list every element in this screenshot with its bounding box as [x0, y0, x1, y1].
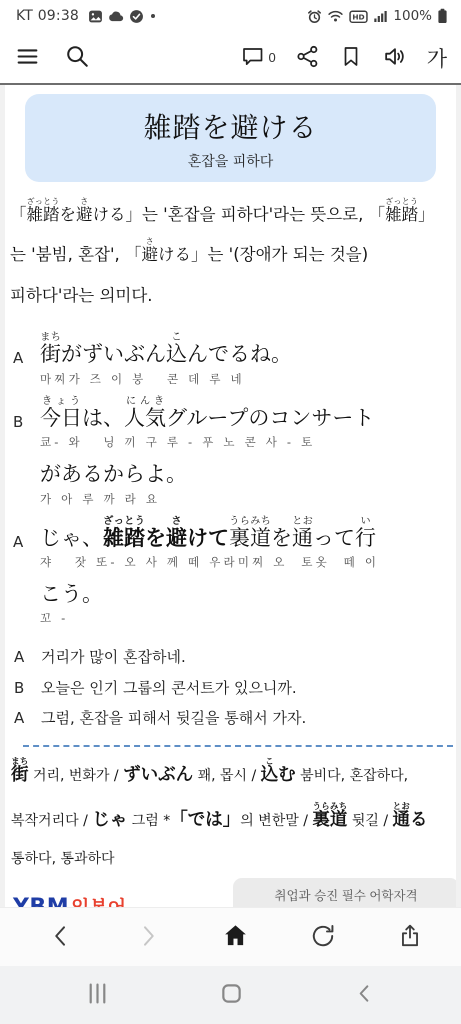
ruby-annotated-text: 街まち [11, 765, 29, 785]
svg-text:HD: HD [353, 12, 365, 21]
cloud-icon [108, 9, 124, 24]
ruby-annotated-text: 雑踏ざっとう [385, 205, 418, 224]
share-page-icon [397, 923, 423, 952]
ruby-annotated-text: 今日きょう [40, 406, 82, 430]
logo-primary-text: YBM [13, 895, 69, 907]
text-segment: 거리, 번화가 / [29, 768, 124, 784]
status-right: HD 100% [307, 8, 448, 24]
japanese-line: があるからよ。 [40, 459, 187, 489]
alarm-icon [307, 9, 322, 24]
recent-apps-icon [86, 982, 109, 1008]
translation-row: A 거리가 많이 혼잡하네. [14, 646, 461, 669]
translation-list: A 거리가 많이 혼잡하네. B 오늘은 인기 그룹의 콘서트가 있으니까. A… [14, 646, 461, 730]
ruby-annotated-text: 避さ [76, 205, 93, 224]
speaker-label [13, 579, 40, 626]
menu-icon [15, 44, 40, 72]
phone-screen: KT 09:38 HD [0, 0, 461, 1024]
japanese-line: 今日きょうは、人気にんきグループのコンサート [40, 396, 374, 433]
text-segment: 그럼 * [127, 813, 170, 829]
refresh-button[interactable] [306, 919, 340, 956]
notification-dot-icon [149, 12, 157, 20]
ruby-annotated-text: 通とお [292, 526, 313, 550]
browser-toolbar: 0 가 [0, 32, 461, 85]
pronunciation-line: 마찌가 즈 이 붕 콘 데 루 네 [40, 371, 292, 387]
ad-banner[interactable]: 취업과 승진 필수 어학자격 [233, 878, 459, 907]
speaker-icon [382, 44, 408, 72]
home-button[interactable] [218, 918, 253, 956]
lesson-title-japanese: 雑踏を避ける [33, 106, 428, 146]
text-segment: って [313, 526, 355, 550]
back-button[interactable] [44, 919, 78, 956]
screenshot-icon [88, 9, 103, 24]
refresh-icon [310, 923, 336, 952]
text-segment: ずいぶん [123, 765, 193, 785]
japanese-line: こう。 [40, 579, 103, 609]
speaker-label: A [13, 516, 40, 570]
signal-strength-icon [373, 9, 388, 23]
translation-text: 그럼, 혼잡을 피해서 뒷길을 통해서 가자. [41, 707, 306, 730]
dashed-divider [23, 745, 453, 747]
ybm-logo[interactable]: YBM일본어 [13, 893, 126, 907]
comments-button[interactable]: 0 [240, 44, 275, 71]
back-gesture-icon [354, 983, 375, 1007]
forward-button[interactable] [131, 919, 165, 956]
speaker-label: B [13, 396, 40, 450]
ruby-annotated-text: 込こ [261, 765, 279, 785]
pronunciation-line: 쿄- 와 닝 끼 구 루 - 푸 노 콘 사 - 토 [40, 434, 374, 450]
ruby-annotated-text: 避さ [166, 526, 187, 550]
translation-text: 오늘은 인기 그룹의 콘서트가 있으니까. [41, 677, 297, 700]
battery-icon [437, 8, 448, 24]
speaker-label: A [13, 332, 40, 386]
ruby-annotated-text: 雑踏ざっとう [103, 526, 145, 550]
ruby-annotated-text: 人気にんき [124, 406, 166, 430]
speaker-label [13, 459, 40, 506]
search-icon [64, 43, 90, 72]
font-size-icon: 가 [427, 43, 447, 73]
text-segment: を [60, 205, 77, 224]
lesson-title-korean: 혼잡을 피하다 [33, 151, 428, 171]
ruby-annotated-text: 込こ [166, 342, 187, 366]
ruby-annotated-text: 行い [355, 526, 376, 550]
battery-percent-label: 100% [393, 8, 432, 24]
text-segment: けて [187, 526, 229, 550]
back-gesture-button[interactable] [350, 979, 379, 1011]
explanation-text: 「雑踏ざっとうを避さける」는 '혼잡을 피하다'라는 뜻으로, 「雑踏ざっとう」… [10, 195, 449, 316]
ruby-annotated-text: 通とお [393, 810, 411, 830]
hd-voice-icon: HD [349, 9, 368, 24]
pronunciation-line: 쟈 잣 또- 오 사 께 떼 우라미찌 오 토옷 떼 이 [40, 554, 379, 570]
system-navigation-bar [0, 966, 461, 1024]
text-segment: を [145, 526, 166, 550]
back-icon [48, 923, 74, 952]
logo-secondary-text: 일본어 [71, 897, 126, 907]
dialogue: A街まちがずいぶん込こんでるね。마찌가 즈 이 붕 콘 데 루 네B今日きょうは… [13, 332, 461, 626]
text-segment: 통하다, 통과하다 [11, 851, 115, 867]
text-segment: 「では」 [170, 810, 240, 830]
text-segment: がずいぶん [61, 342, 166, 366]
text-segment: んでるね。 [187, 342, 292, 366]
wifi-icon [327, 9, 344, 23]
ruby-annotated-text: 裏道うらみち [312, 810, 347, 830]
share-button[interactable] [295, 44, 320, 72]
pronunciation-line: 가 아 루 까 라 요 [40, 491, 187, 507]
text-segment: を [271, 526, 292, 550]
vocabulary-text: 街まち 거리, 번화가 / ずいぶん 꽤, 몹시 / 込こむ 붐비다, 혼잡하다… [11, 753, 449, 878]
lesson-title-card: 雑踏を避ける 혼잡을 피하다 [25, 94, 436, 182]
home-gesture-button[interactable] [216, 978, 247, 1012]
text-segment: じゃ、 [40, 526, 103, 550]
translation-row: B 오늘은 인기 그룹의 콘서트가 있으니까. [14, 677, 461, 700]
text-segment: ける」는 '혼잡을 피하다'라는 뜻으로, 「 [93, 205, 386, 224]
translation-row: A 그럼, 혼잡을 피해서 뒷길을 통해서 가자. [14, 707, 461, 730]
text-segment: があるからよ。 [40, 462, 187, 486]
search-button[interactable] [64, 43, 90, 72]
dialogue-line: Aじゃ、雑踏ざっとうを避さけて裏道うらみちを通とおって行い쟈 잣 또- 오 사 … [13, 516, 461, 570]
comment-count-badge: 0 [268, 50, 275, 65]
share-page-button[interactable] [393, 919, 427, 956]
translation-text: 거리가 많이 혼잡하네. [41, 646, 186, 669]
status-bar: KT 09:38 HD [0, 0, 461, 32]
dialogue-line: A街まちがずいぶん込こんでるね。마찌가 즈 이 붕 콘 데 루 네 [13, 332, 461, 386]
menu-button[interactable] [15, 44, 40, 72]
text-segment: じゃ [92, 810, 127, 830]
text-segment: 의 변한말 / [240, 813, 312, 829]
ruby-annotated-text: 裏道うらみち [229, 526, 271, 550]
text-segment: 「 [10, 205, 27, 224]
recent-apps-button[interactable] [82, 978, 113, 1012]
text-segment: 뒷길 / [347, 813, 392, 829]
pronunciation-line: 꼬 - [40, 610, 103, 626]
bookmark-icon [339, 44, 363, 72]
speaker-label: B [14, 677, 41, 700]
text-segment: 꽤, 몹시 / [193, 768, 261, 784]
verified-badge-icon [129, 9, 144, 24]
ruby-annotated-text: 街まち [40, 342, 61, 366]
dialogue-line: があるからよ。가 아 루 까 라 요 [13, 459, 461, 506]
text-segment: こう。 [40, 582, 103, 606]
ruby-annotated-text: 雑踏ざっとう [27, 205, 60, 224]
home-icon [222, 922, 249, 952]
text-to-speech-button[interactable] [382, 44, 408, 72]
browser-bottom-nav [0, 907, 461, 966]
speaker-label: A [14, 707, 41, 730]
text-segment: る [410, 810, 428, 830]
japanese-line: 街まちがずいぶん込こんでるね。 [40, 332, 292, 369]
text-segment: は、 [82, 406, 124, 430]
text-segment: グループのコンサート [166, 406, 374, 430]
japanese-line: じゃ、雑踏ざっとうを避さけて裏道うらみちを通とおって行い [40, 516, 379, 553]
web-content: 雑踏を避ける 혼잡을 피하다 「雑踏ざっとうを避さける」는 '혼잡을 피하다'라… [0, 85, 461, 907]
dialogue-line: こう。꼬 - [13, 579, 461, 626]
ruby-annotated-text: 避さ [142, 245, 159, 264]
font-size-button[interactable]: 가 [427, 43, 447, 73]
footer-row: YBM일본어 취업과 승진 필수 어학자격 [13, 878, 459, 907]
dialogue-line: B今日きょうは、人気にんきグループのコンサート쿄- 와 닝 끼 구 루 - 푸 … [13, 396, 461, 450]
text-segment: む [278, 765, 296, 785]
share-icon [295, 44, 320, 72]
bookmark-button[interactable] [339, 44, 363, 72]
status-left: KT 09:38 [16, 8, 157, 24]
carrier-time-label: KT 09:38 [16, 8, 79, 24]
forward-icon [135, 923, 161, 952]
speaker-label: A [14, 646, 41, 669]
home-gesture-icon [220, 982, 243, 1008]
comments-icon [240, 44, 265, 71]
